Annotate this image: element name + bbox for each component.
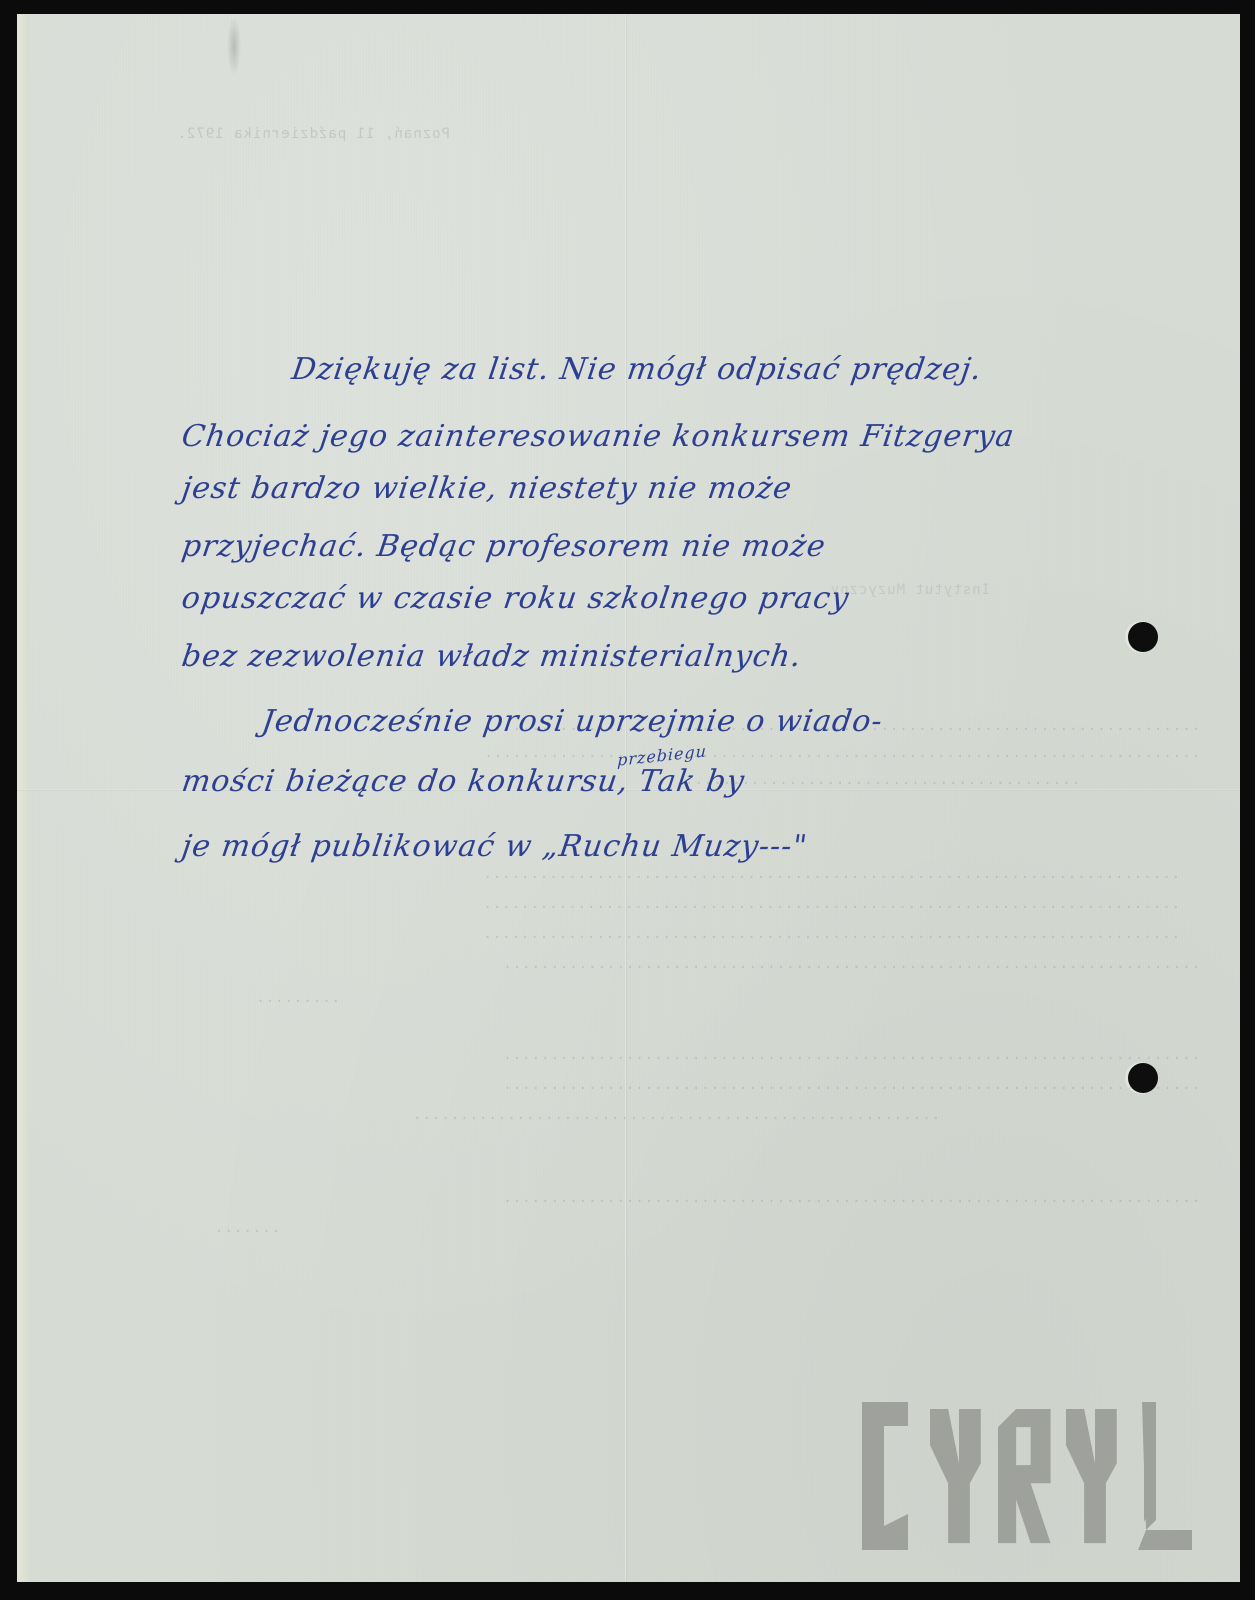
letter-line-9: je mógł publikować w „Ruchu Muzy---" [180, 829, 810, 864]
letter-line-4: przyjechać. Będąc profesorem nie może [180, 529, 829, 564]
letter-line-7: Jednocześnie prosi uprzejmie o wiado- [260, 704, 886, 739]
watermark-letter-l [1134, 1402, 1192, 1550]
handwritten-letter-body: Dziękuję za list. Nie mógł odpisać prędz… [17, 14, 1240, 1582]
letter-line-3: jest bardzo wielkie, niestety nie może [180, 471, 795, 506]
letter-line-5: opuszczać w czasie roku szkolnego pracy [180, 581, 852, 616]
document-page: Poznań, 11 października 1972. Instytut M… [17, 14, 1240, 1582]
watermark-letter-y2 [1066, 1402, 1124, 1550]
watermark-letter-r [998, 1402, 1056, 1550]
letter-line-6: bez zezwolenia władz ministerialnych. [180, 639, 804, 674]
watermark-letter-y [930, 1402, 988, 1550]
letter-line-2: Chociaż jego zainteresowanie konkursem F… [180, 419, 1017, 454]
punch-hole-lower [1128, 1063, 1158, 1093]
watermark-letter-c [862, 1402, 920, 1550]
letter-line-8: mości bieżące do konkursu, Tak by [180, 764, 748, 799]
punch-hole-upper [1128, 622, 1158, 652]
letter-line-1: Dziękuję za list. Nie mógł odpisać prędz… [290, 352, 985, 387]
cyryl-watermark-logo [862, 1402, 1207, 1557]
